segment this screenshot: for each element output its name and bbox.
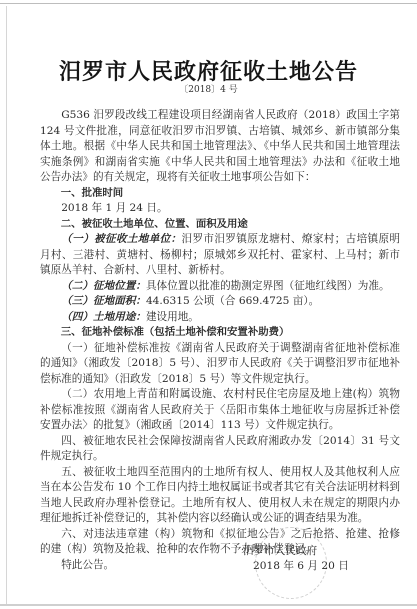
section-2-2: （二）征地位置：具体位置以批准的勘测定界图（征地红线图）为准。: [40, 279, 400, 295]
section-1-heading: 一、批准时间: [40, 186, 400, 202]
scan-bottom-edge: [0, 604, 417, 606]
section-2-3: （三）征地面积：44.6315 公顷（合 669.4725 亩）。: [40, 294, 400, 310]
section-2-1: （一）被征收土地单位：汨罗市汨罗镇原龙塘村、燎家村；古培镇原明月村、三港村、黄塘…: [40, 232, 400, 279]
intro-paragraph: G536 汨罗段改线工程建设项目经湖南省人民政府（2018）政国土字第 124 …: [40, 108, 400, 186]
section-2-3-label: （三）征地面积：: [61, 295, 146, 307]
section-2-3-text: 44.6315 公顷（合 669.4725 亩）。: [146, 295, 319, 307]
section-3-2-text: （二）农用地上青苗和附属设施、农村村民住宅房屋及地上建(构）筑物补偿标准按照《湖…: [40, 387, 400, 434]
section-2-heading: 二、被征收土地单位、位置、面积及用途: [40, 217, 400, 233]
section-5-text: 五、被征收土地四至范围内的土地所有权人、使用权人及其他权利人应当在本公告发布 1…: [40, 465, 400, 527]
scan-top-edge: [0, 3, 417, 4]
section-3-heading: 三、征地补偿标准（包括土地补偿和安置补助费）: [40, 325, 400, 341]
section-1-text: 2018 年 1 月 24 日。: [40, 201, 400, 217]
section-2-4-text: 建设用地。: [146, 311, 199, 323]
section-2-1-label: （一）被征收土地单位：: [61, 233, 181, 245]
issuer-name: 汨罗市人民政府: [243, 544, 349, 559]
scan-left-edge: [6, 6, 7, 606]
section-3-1-text: （一）征地补偿标准按《湖南省人民政府关于调整湖南省征地补偿标准的通知》（湘政发〔…: [40, 341, 400, 388]
document-body: G536 汨罗段改线工程建设项目经湖南省人民政府（2018）政国土字第 124 …: [40, 108, 400, 573]
section-4-text: 四、被征地农民社会保障按湖南省人民政府湘政办发〔2014〕31 号文件规定执行。: [40, 434, 400, 465]
document-number: 〔2018〕4 号: [0, 82, 417, 95]
issue-date: 2018 年 6 月 20 日: [243, 559, 349, 574]
section-2-4-label: （四）土地用途：: [61, 311, 146, 323]
signature-block: 汨罗市人民政府 2018 年 6 月 20 日: [243, 544, 349, 574]
section-2-4: （四）土地用途：建设用地。: [40, 310, 400, 326]
section-2-2-text: 具体位置以批准的勘测定界图（征地红线图）为准。: [146, 280, 390, 292]
section-2-2-label: （二）征地位置：: [61, 280, 146, 292]
